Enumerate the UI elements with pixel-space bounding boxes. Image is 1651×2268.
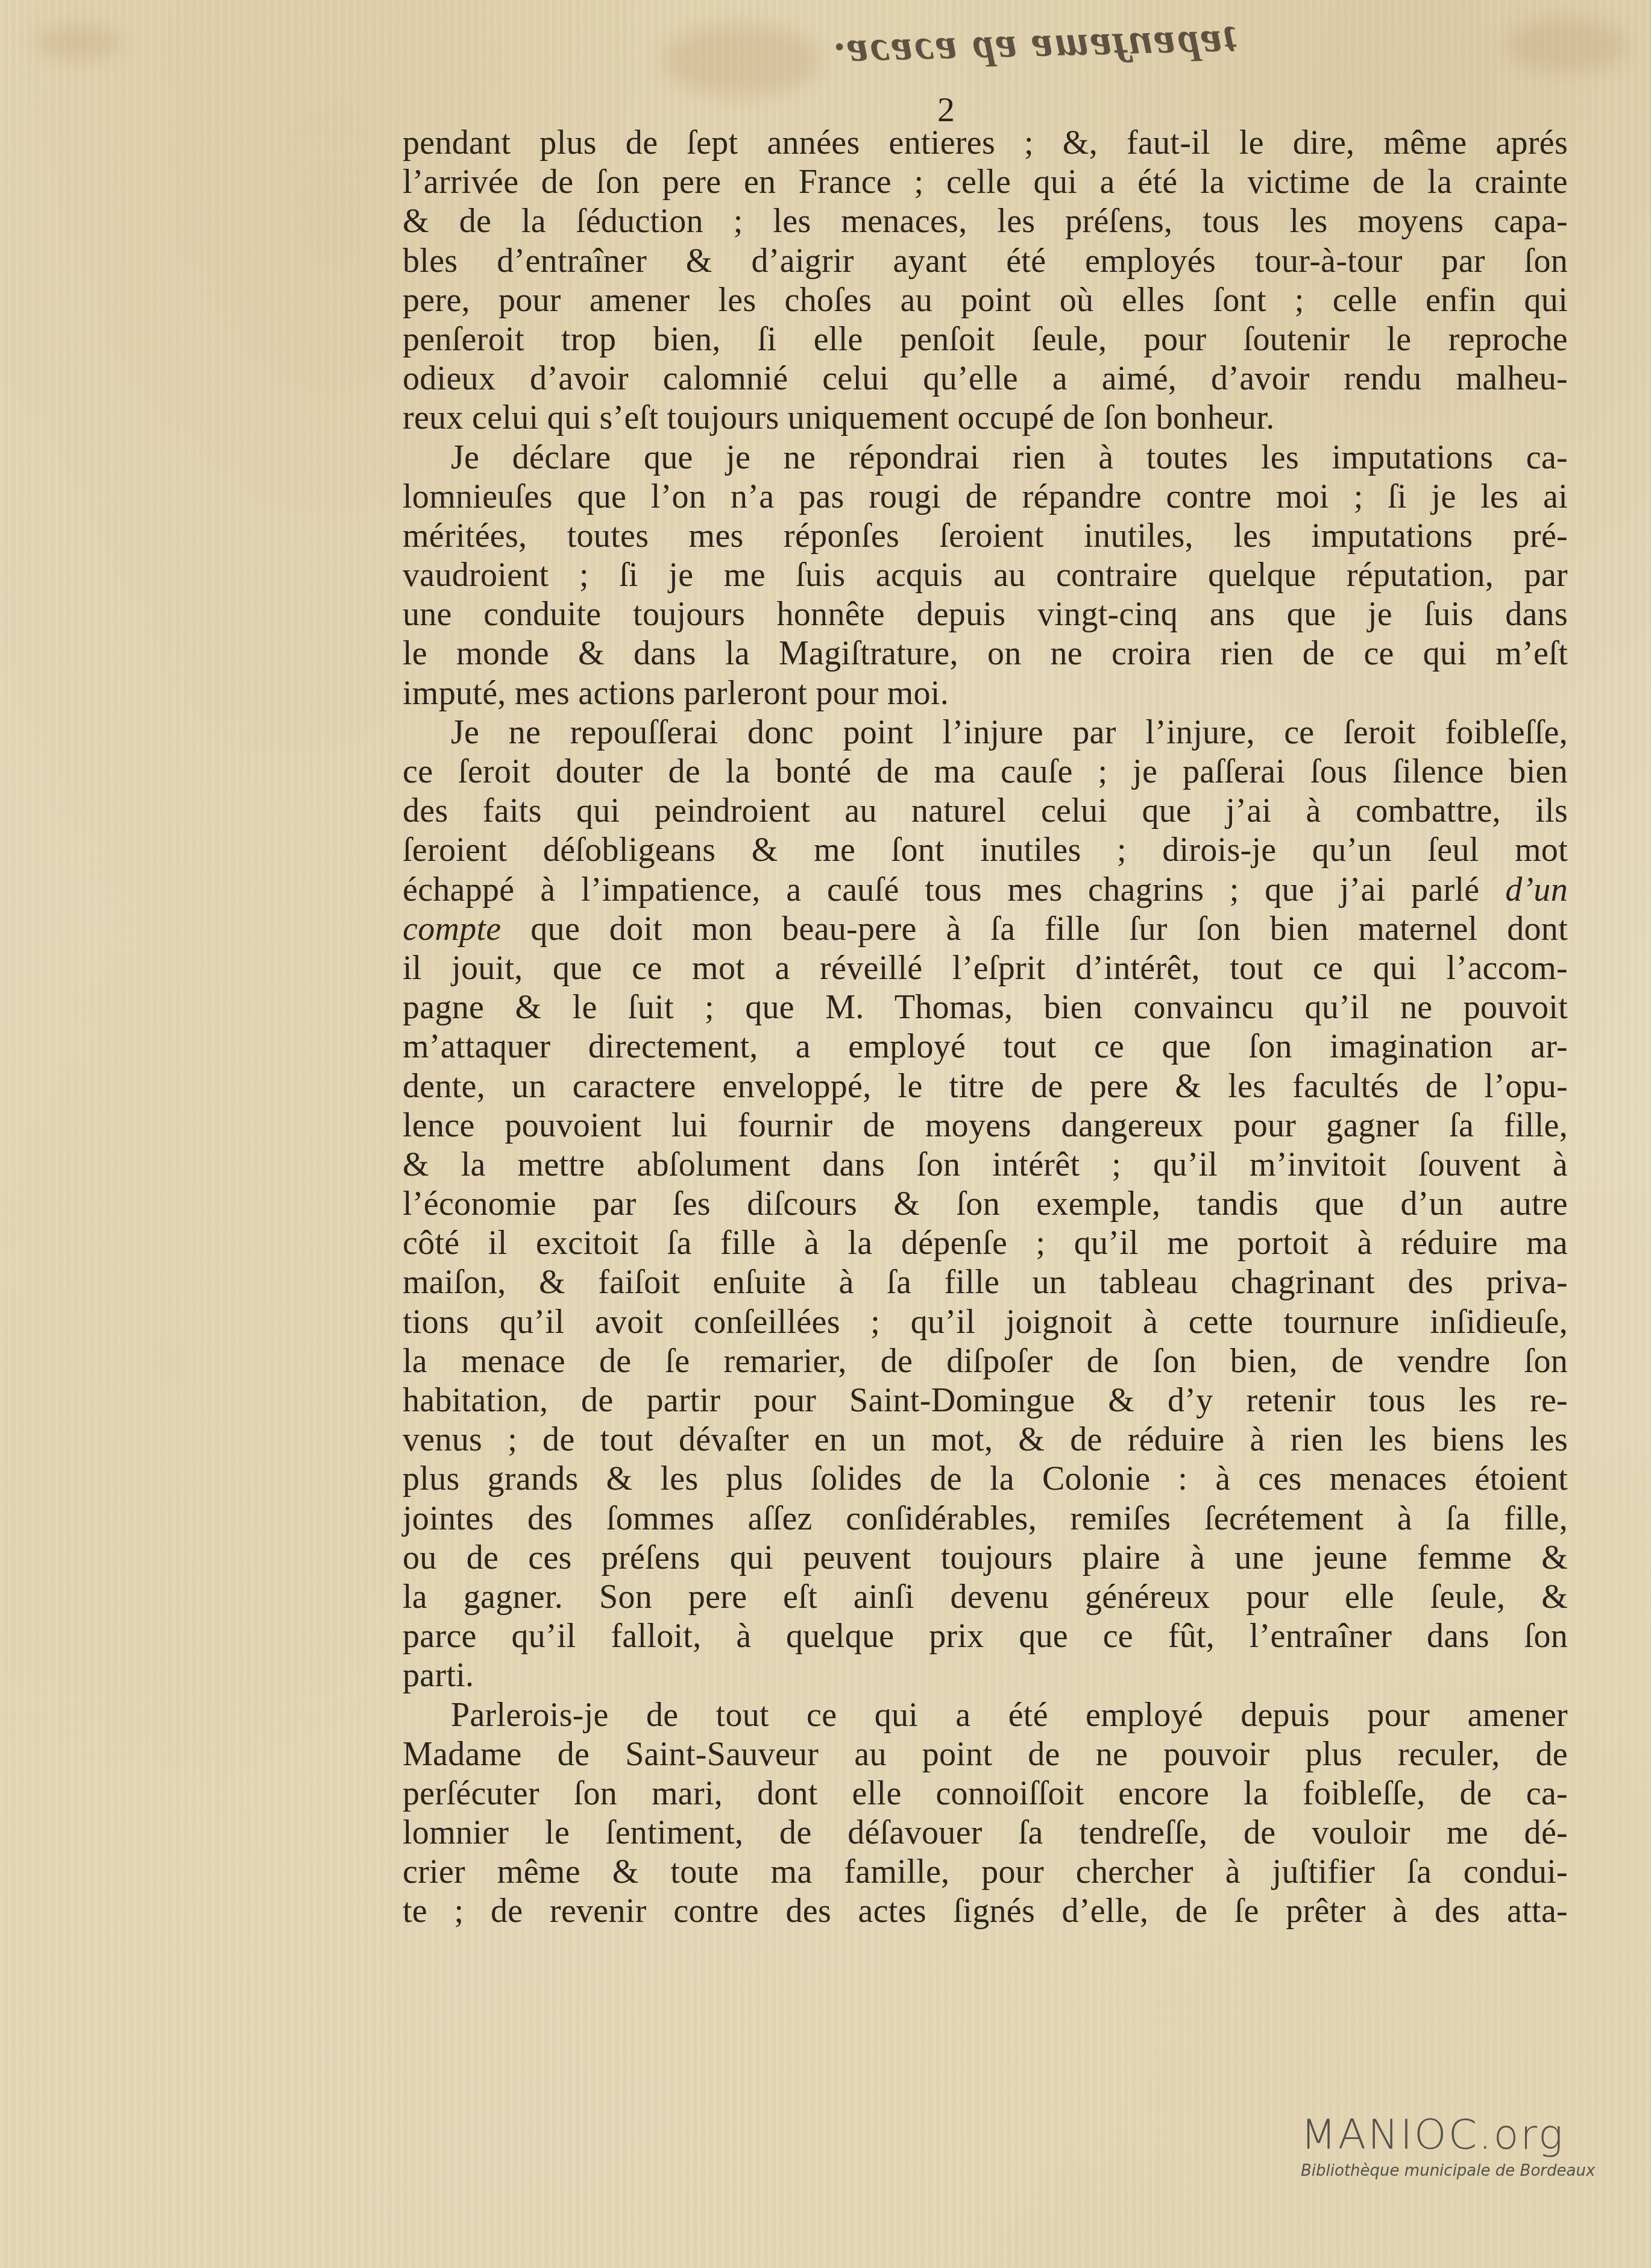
line-text: échappé à l’impatience, a cauſé tous mes… (403, 871, 1480, 909)
line-text: odieux d’avoir calomnié celui qu’elle a … (403, 360, 1568, 397)
text-line: vaudroient ; ſi je me ſuis acquis au con… (403, 556, 1568, 595)
text-line: crier même & toute ma famille, pour cher… (403, 1853, 1568, 1892)
line-text: l’économie par ſes diſcours & ſon exempl… (403, 1185, 1568, 1223)
text-line: il jouit, que ce mot a réveillé l’eſprit… (403, 949, 1568, 988)
text-line: l’économie par ſes diſcours & ſon exempl… (403, 1185, 1568, 1224)
text-line: des faits qui peindroient au naturel cel… (403, 792, 1568, 831)
line-text: la menace de ſe remarier, de diſpoſer de… (403, 1343, 1568, 1380)
line-text: perſécuter ſon mari, dont elle connoiſſo… (403, 1775, 1568, 1812)
line-text: que doit mon beau-pere à ſa fille ſur ſo… (530, 910, 1568, 948)
line-text: parti. (403, 1657, 474, 1694)
text-line: maiſon, & faiſoit enſuite à ſa fille un … (403, 1263, 1568, 1302)
text-line: reux celui qui s’eſt toujours uniquement… (403, 398, 1568, 438)
line-text: l’arrivée de ſon pere en France ; celle … (403, 163, 1568, 201)
text-line: lomnieuſes que l’on n’a pas rougi de rép… (403, 477, 1568, 517)
paper-stain (36, 24, 121, 60)
body-text: pendant plus de ſept années entieres ; &… (403, 124, 1568, 1932)
text-line: & de la ſéduction ; les menaces, les pré… (403, 202, 1568, 241)
line-text: lomnieuſes que l’on n’a pas rougi de rép… (403, 478, 1568, 515)
text-line: Je ne repouſſerai donc point l’injure pa… (403, 713, 1568, 752)
line-text: pendant plus de ſept années entieres ; &… (403, 124, 1568, 162)
line-text: jointes des ſommes aſſez conſidérables, … (403, 1500, 1568, 1537)
line-text: & de la ſéduction ; les menaces, les pré… (403, 203, 1568, 240)
text-line: pendant plus de ſept années entieres ; &… (403, 124, 1568, 163)
text-line: te ; de revenir contre des actes ſignés … (403, 1892, 1568, 1931)
line-text: Parlerois-je de tout ce qui a été employ… (451, 1696, 1568, 1734)
line-text: Je déclare que je ne répondrai rien à to… (451, 439, 1568, 476)
line-text: bles d’entraîner & d’aigrir ayant été em… (403, 242, 1568, 280)
line-text: m’attaquer directement, a employé tout c… (403, 1028, 1568, 1065)
text-line: côté il excitoit ſa fille à la dépenſe ;… (403, 1224, 1568, 1263)
text-line: lence pouvoient lui fournir de moyens da… (403, 1106, 1568, 1145)
paper-stain (663, 24, 820, 96)
text-line: méritées, toutes mes réponſes ſeroient i… (403, 517, 1568, 556)
line-text: une conduite toujours honnête depuis vin… (403, 596, 1568, 633)
watermark: MANIOC.org Bibliothèque municipale de Bo… (1301, 2115, 1614, 2180)
text-line: parce qu’il falloit, à quelque prix que … (403, 1617, 1568, 1656)
line-text: il jouit, que ce mot a réveillé l’eſprit… (403, 950, 1568, 987)
line-text: parce qu’il falloit, à quelque prix que … (403, 1618, 1568, 1655)
line-text: la gagner. Son pere eſt ainſi devenu gén… (403, 1578, 1568, 1616)
line-text: pagne & le ſuit ; que M. Thomas, bien co… (403, 989, 1568, 1026)
text-line: bles d’entraîner & d’aigrir ayant été em… (403, 242, 1568, 281)
line-text: méritées, toutes mes réponſes ſeroient i… (403, 517, 1568, 555)
bleed-through-header: ʇɐpɐnɟɐɯɐ ɐp ɐɔɐɔɐ· (831, 11, 1237, 72)
text-line: pere, pour amener les choſes au point où… (403, 281, 1568, 320)
line-text: lomnier le ſentiment, de déſavouer ſa te… (403, 1814, 1568, 1851)
text-line: une conduite toujours honnête depuis vin… (403, 595, 1568, 634)
line-text: Je ne repouſſerai donc point l’injure pa… (451, 714, 1568, 751)
text-line: la gagner. Son pere eſt ainſi devenu gén… (403, 1578, 1568, 1617)
text-line: penſeroit trop bien, ſi elle penſoit ſeu… (403, 320, 1568, 359)
text-line: dente, un caractere enveloppé, le titre … (403, 1067, 1568, 1106)
library-name: Bibliothèque municipale de Bordeaux (1301, 2162, 1614, 2180)
line-text: le monde & dans la Magiſtrature, on ne c… (403, 635, 1568, 672)
text-line: ou de ces préſens qui peuvent toujours p… (403, 1539, 1568, 1578)
line-text: ce ſeroit douter de la bonté de ma cauſe… (403, 753, 1568, 790)
text-line: perſécuter ſon mari, dont elle connoiſſo… (403, 1774, 1568, 1813)
italic-phrase: compte (403, 910, 502, 948)
text-line: pagne & le ſuit ; que M. Thomas, bien co… (403, 988, 1568, 1027)
text-line: plus grands & les plus ſolides de la Col… (403, 1460, 1568, 1499)
text-line: l’arrivée de ſon pere en France ; celle … (403, 163, 1568, 202)
text-line: Je déclare que je ne répondrai rien à to… (403, 438, 1568, 477)
text-line: venus ; de tout dévaſter en un mot, & de… (403, 1420, 1568, 1460)
text-line: le monde & dans la Magiſtrature, on ne c… (403, 634, 1568, 673)
line-text: côté il excitoit ſa fille à la dépenſe ;… (403, 1224, 1568, 1262)
line-text: crier même & toute ma famille, pour cher… (403, 1853, 1568, 1891)
text-line: ſeroient déſobligeans & me ſont inutiles… (403, 831, 1568, 870)
line-text: maiſon, & faiſoit enſuite à ſa fille un … (403, 1264, 1568, 1301)
line-text: & la mettre abſolument dans ſon intérêt … (403, 1146, 1568, 1183)
line-text: plus grands & les plus ſolides de la Col… (403, 1460, 1568, 1498)
text-line: habitation, de partir pour Saint-Domingu… (403, 1381, 1568, 1420)
line-text: reux celui qui s’eſt toujours uniquement… (403, 399, 1275, 436)
italic-phrase: d’un (1505, 871, 1568, 909)
line-text: te ; de revenir contre des actes ſignés … (403, 1892, 1568, 1930)
line-text: pere, pour amener les choſes au point où… (403, 282, 1568, 319)
line-text: vaudroient ; ſi je me ſuis acquis au con… (403, 556, 1568, 594)
line-text: habitation, de partir pour Saint-Domingu… (403, 1382, 1568, 1419)
text-line: & la mettre abſolument dans ſon intérêt … (403, 1145, 1568, 1185)
line-text: des faits qui peindroient au naturel cel… (403, 792, 1568, 830)
line-text: imputé, mes actions parleront pour moi. (403, 675, 949, 712)
text-line: imputé, mes actions parleront pour moi. (403, 674, 1568, 713)
line-text: ou de ces préſens qui peuvent toujours p… (403, 1539, 1568, 1577)
text-line: compte que doit mon beau-pere à ſa fille… (403, 910, 1568, 949)
line-text: lence pouvoient lui fournir de moyens da… (403, 1107, 1568, 1144)
line-text: Madame de Saint-Sauveur au point de ne p… (403, 1736, 1568, 1773)
text-line: parti. (403, 1656, 1568, 1695)
text-line: échappé à l’impatience, a cauſé tous mes… (403, 871, 1568, 910)
text-line: Parlerois-je de tout ce qui a été employ… (403, 1696, 1568, 1735)
line-text: ſeroient déſobligeans & me ſont inutiles… (403, 831, 1568, 869)
paper-stain (1507, 18, 1627, 72)
text-line: m’attaquer directement, a employé tout c… (403, 1027, 1568, 1066)
text-line: tions qu’il avoit conſeillées ; qu’il jo… (403, 1303, 1568, 1342)
text-line: la menace de ſe remarier, de diſpoſer de… (403, 1342, 1568, 1381)
text-line: Madame de Saint-Sauveur au point de ne p… (403, 1735, 1568, 1774)
text-line: odieux d’avoir calomnié celui qu’elle a … (403, 359, 1568, 398)
line-text: tions qu’il avoit conſeillées ; qu’il jo… (403, 1303, 1568, 1341)
line-text: penſeroit trop bien, ſi elle penſoit ſeu… (403, 321, 1568, 358)
line-text: venus ; de tout dévaſter en un mot, & de… (403, 1421, 1568, 1458)
text-line: jointes des ſommes aſſez conſidérables, … (403, 1499, 1568, 1539)
line-text: dente, un caractere enveloppé, le titre … (403, 1068, 1568, 1105)
manioc-logo[interactable]: MANIOC.org (1301, 2115, 1614, 2156)
text-line: lomnier le ſentiment, de déſavouer ſa te… (403, 1813, 1568, 1853)
text-line: ce ſeroit douter de la bonté de ma cauſe… (403, 752, 1568, 792)
